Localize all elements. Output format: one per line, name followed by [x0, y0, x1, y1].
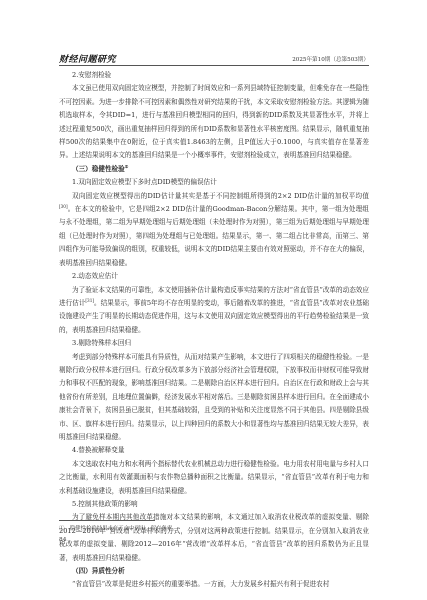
section-heading-robustness: （三）稳健性检验① [59, 163, 369, 176]
subsection-title-did: 1.双向固定效应模型下多时点DID模型的偏误估计 [59, 176, 369, 189]
page-number: 84 [59, 537, 66, 543]
paragraph-placebo: 本文虽已使用双向固定效应模型，并控制了时间效应和一系列县域特征控制变量，但难免存… [59, 82, 369, 162]
paragraph-replace-variable: 本文选取农村电力和水利两个指标替代农业机械总动力进行稳健性检验。电力用农村用电量… [59, 458, 369, 498]
paragraph-heterogeneity: “省直管县”改革是促进乡村振兴的重要举措。一方面，大力发展乡村振兴有利于促进农村 [59, 578, 369, 591]
journal-logo: 财经问题研究 [59, 52, 116, 65]
subsection-title-replace-variable: 4.替换被解释变量 [59, 444, 369, 457]
citation-ref: [30] [59, 204, 68, 209]
paragraph-special-samples: 考虑到部分特殊样本可能具有异质性，从而对结果产生影响，本文进行了四项相关的稳健性… [59, 351, 369, 445]
section-heading-heterogeneity: （四）异质性分析 [59, 565, 369, 578]
body-text: 2.安慰剂检验 本文虽已使用双向固定效应模型，并控制了时间效应和一系列县域特征控… [59, 69, 369, 592]
subsection-title-control-policies: 5.控制其他政策的影响 [59, 498, 369, 511]
issue-info: 2025年第10期（总第503期） [292, 55, 369, 63]
running-header: 财经问题研究 2025年第10期（总第503期） [59, 52, 369, 66]
citation-ref: [31] [85, 298, 94, 303]
subsection-title-placebo: 2.安慰剂检验 [59, 69, 369, 82]
footnote-divider [59, 520, 155, 521]
footnote: ① 稳健性检验结果未在正文中列出，留存备索。 [59, 524, 178, 532]
footnote-marker: ① [125, 164, 129, 169]
document-page: 财经问题研究 2025年第10期（总第503期） 2.安慰剂检验 本文虽已使用双… [0, 0, 427, 600]
subsection-title-dynamic: 2.动态效应估计 [59, 270, 369, 283]
paragraph-did: 双向固定效应模型得出的DID估计量其实是基于不同控制组所得到的2×2 DID估计… [59, 190, 369, 270]
paragraph-dynamic: 为了验证本文结果的可靠性，本文使用插补估计量构造反事实结果的方法对“省直管县”改… [59, 284, 369, 338]
subsection-title-special-samples: 3.剔除特殊样本回归 [59, 337, 369, 350]
